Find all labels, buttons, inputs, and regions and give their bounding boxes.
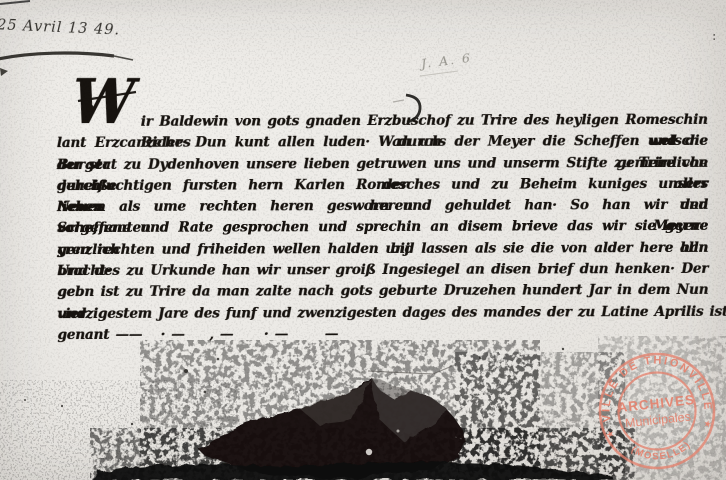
photo-artifacts-overlay: VILLE DE THIONVILLE (MOSELLE) ARCHIVES M… <box>0 0 726 480</box>
archival-charter-photograph: 25 Avril 13 49. J. A. 6 : W ir Baldewin … <box>0 0 726 480</box>
